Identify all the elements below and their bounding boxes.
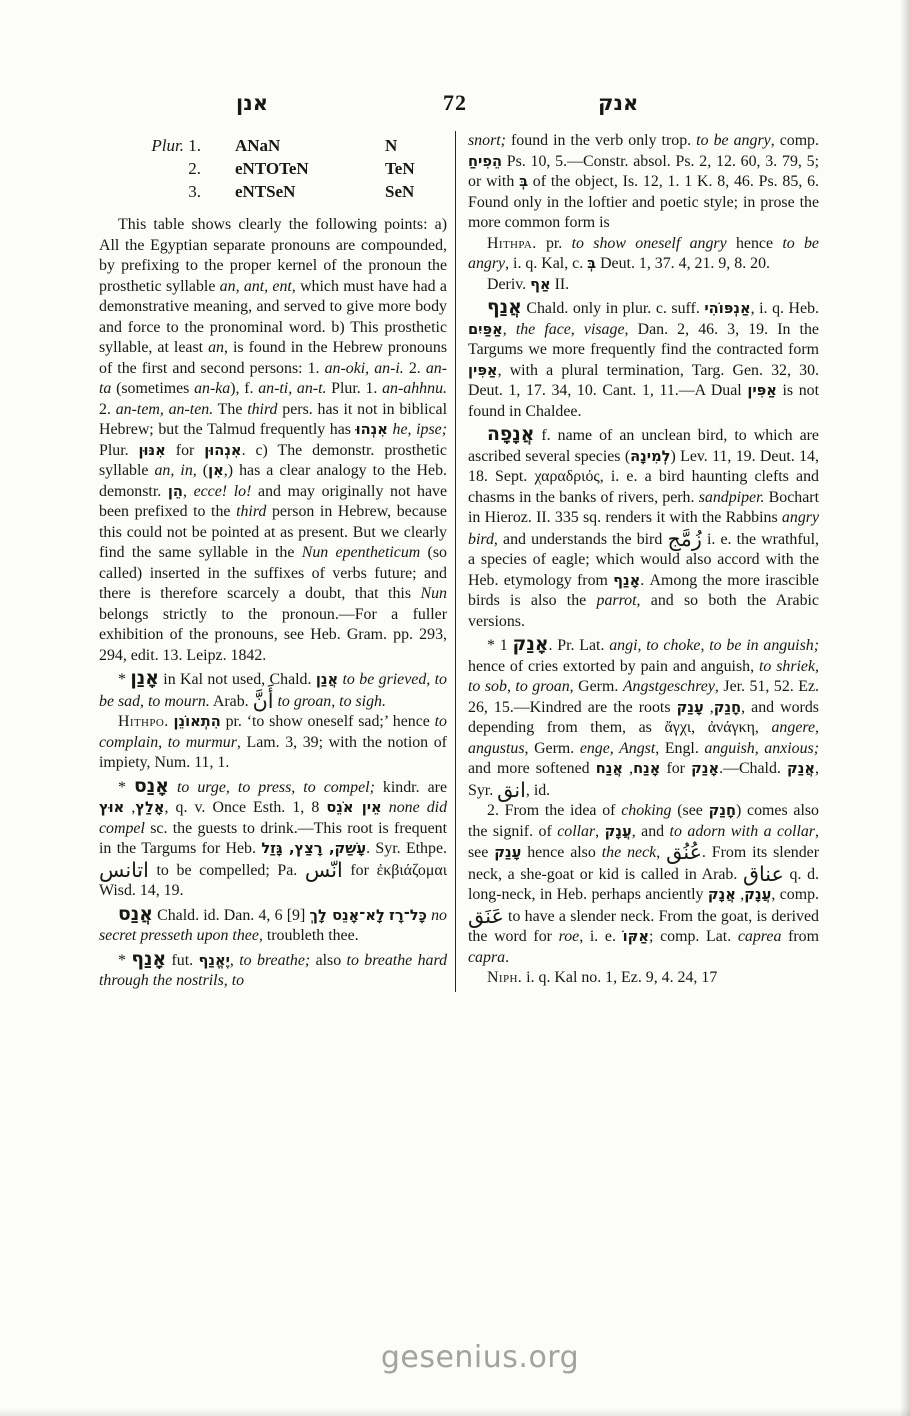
text-run: belongs strictly to the pronoun.—For a f… [99, 606, 447, 664]
left-column: Plur. 1.ANaNN2.eNTOTeNTeN3.eNTSeNSeN Thi… [99, 131, 455, 992]
text-run: 2. [188, 159, 201, 178]
text-run: the neck [602, 844, 656, 861]
text-run: אֲנַף [487, 297, 522, 318]
text-run: בְּ [519, 173, 528, 190]
text-run: * [487, 637, 500, 654]
text-run: אֲנָק [708, 886, 736, 903]
text-run: , [755, 719, 772, 736]
text-run: .—Chald. [719, 760, 787, 777]
text-run: אִנְהוּ [356, 421, 388, 438]
text-run: אָלַץ [135, 799, 164, 816]
text-run: an-ahhnu. [382, 380, 447, 397]
text-run: an-ka [194, 380, 230, 397]
text-run: עָשַׁק, רָצַץ, גָּזַל [261, 840, 366, 857]
text-run: אֲנַק [787, 760, 815, 777]
pronoun-table: Plur. 1.ANaNN2.eNTOTeNTeN3.eNTSeNSeN [99, 134, 447, 203]
text-run: 2. [99, 401, 116, 418]
text-run: and more softened [468, 760, 596, 777]
table-cell: 3. [99, 180, 201, 203]
text-run: The [213, 401, 247, 418]
text-run [169, 779, 177, 796]
text-run: , [595, 823, 604, 840]
right-column-text: snort; found in the verb only trop. to b… [468, 131, 819, 989]
text-run: انق [497, 778, 526, 802]
text-run: , comp. [771, 132, 819, 149]
paragraph: Niph. i. q. Kal no. 1, Ez. 9, 4. 24, 17 [468, 968, 819, 989]
text-run: אָנַק [513, 634, 549, 655]
text-run: an-tem, an-ten. [116, 401, 213, 418]
text-run: an, ant, ent, [220, 278, 296, 295]
text-run: roe [559, 928, 580, 945]
table-cell: Plur. 1. [99, 134, 201, 157]
text-run: ecce! lo! [194, 483, 252, 500]
text-run: in Kal not used, Chald. [159, 671, 316, 688]
text-columns: Plur. 1.ANaNN2.eNTOTeNTeN3.eNTSeNSeN Thi… [99, 131, 819, 992]
table-cell: N [385, 134, 397, 157]
text-run: * [118, 671, 130, 688]
table-cell: SeN [385, 180, 414, 203]
table-cell: 2. [99, 157, 201, 180]
text-run: troubleth thee. [263, 927, 359, 944]
text-run: עָנַק [677, 699, 704, 716]
page-number: 72 [0, 90, 910, 116]
text-run: הֵן [168, 483, 183, 500]
paragraph: This table shows clearly the following p… [99, 215, 447, 666]
text-run: לְמִינָהּ [630, 448, 670, 465]
paragraph: אֲנַס Chald. id. Dan. 4, 6 [9] כָּל־רָז … [99, 905, 447, 947]
text-run: אָנַק [691, 760, 719, 777]
text-run: to breathe; [239, 952, 310, 969]
text-run: caprea [738, 928, 782, 945]
right-column: snort; found in the verb only trop. to b… [455, 131, 819, 992]
text-run: אִן [208, 462, 224, 479]
text-run: , [736, 886, 744, 903]
text-run: חָנַק [714, 699, 741, 716]
text-run: , [623, 760, 633, 777]
paragraph: * אָנַן in Kal not used, Chald. אֲנַן to… [99, 669, 447, 712]
text-run: N [385, 136, 397, 155]
text-run: * [118, 779, 134, 796]
text-run: to groan, to sigh. [278, 693, 386, 710]
paragraph: Hithpo. הִתְאוֹנֵן pr. ‘to show oneself … [99, 712, 447, 774]
text-run: 3. [188, 182, 201, 201]
text-run: 1. [184, 136, 201, 155]
running-head-right: אנק [598, 90, 638, 116]
text-run: (see [672, 802, 709, 819]
text-run: Chald. only in plur. c. suff. [522, 300, 705, 317]
text-run: eNTSeN [235, 182, 295, 201]
text-run: אָנַס [134, 776, 169, 797]
paragraph: 2. From the idea of choking (see חָנַק) … [468, 801, 819, 968]
text-run: also [310, 952, 346, 969]
text-run: i. q. Kal no. 1, Ez. 9, 4. 24, 17 [522, 969, 717, 986]
text-run: he, ipse; [393, 421, 447, 438]
text-run: אָנַף [131, 949, 166, 970]
text-run: angi, to choke, to be in anguish; [609, 637, 819, 654]
text-run: , i. q. Kal, c. [505, 255, 587, 272]
text-run: אָנַף [613, 572, 640, 589]
paragraph: * אָנַק 1. Pr. Lat. angi, to choke, to b… [468, 635, 819, 801]
text-run: eNTOTeN [235, 159, 309, 178]
text-run: SeN [385, 182, 414, 201]
text-run: ; comp. Lat. [649, 928, 738, 945]
text-run: عَنَق [468, 904, 504, 928]
text-run: Nun [421, 585, 448, 602]
text-run: to be angry [696, 132, 771, 149]
table-cell: ANaN [235, 134, 385, 157]
text-run: χαραδριός [534, 468, 599, 485]
text-run: אַפִּין [747, 382, 777, 399]
paragraph: Deriv. אַף II. [468, 275, 819, 296]
text-run: Plur. [99, 442, 139, 459]
text-run: חָנַק [709, 802, 736, 819]
text-run: to show oneself angry [572, 235, 727, 252]
text-run: أَنَّ [253, 689, 274, 713]
text-run: hence [727, 235, 783, 252]
text-run: زُمَّج [667, 527, 701, 551]
text-run: אוּץ [99, 799, 124, 816]
text-run: יֶאֱנַף [198, 952, 229, 969]
text-run: pr. ‘to show oneself sad;’ hence [221, 713, 435, 730]
table-row: Plur. 1.ANaNN [99, 134, 447, 157]
text-run: 2. [404, 360, 426, 377]
text-run: Niph. [487, 969, 522, 986]
text-run: עֲנָק [744, 886, 771, 903]
text-run: Nun epentheticum [302, 544, 421, 561]
text-run: snort; [468, 132, 506, 149]
text-run: hence also [521, 844, 601, 861]
text-run: אִנְהוּן [204, 442, 241, 459]
paragraph: אֲנַף Chald. only in plur. c. suff. אַנְ… [468, 298, 819, 422]
text-run: an, in, [154, 462, 196, 479]
text-run: , [503, 321, 516, 338]
scanned-lexicon-page: אנן 72 אנק Plur. 1.ANaNN2.eNTOTeNTeN3.eN… [0, 0, 910, 1416]
text-run: Plur. 1. [326, 380, 382, 397]
text-run: ANaN [235, 136, 280, 155]
text-run: אֵין אֹנֵס [326, 799, 381, 816]
text-run: for [166, 442, 204, 459]
text-run: , i. q. Heb. [751, 300, 819, 317]
text-run: اتانس [99, 858, 149, 882]
table-cell: TeN [385, 157, 415, 180]
text-run: kindr. are [375, 779, 447, 796]
paragraph: * אָנַס to urge, to press, to compel; ki… [99, 777, 447, 902]
text-run: choking [621, 802, 671, 819]
text-run: enge, Angst [580, 740, 655, 757]
text-run: עָנַק [494, 844, 521, 861]
text-run: , [124, 799, 135, 816]
text-run: II. [551, 276, 570, 293]
page-edge-shadow [900, 0, 910, 1416]
text-run: . [505, 949, 509, 966]
text-run: הִתְאוֹנֵן [173, 713, 220, 730]
text-run: , [183, 483, 194, 500]
text-run: third [247, 401, 277, 418]
text-run: אָנַח [633, 760, 660, 777]
table-cell: eNTSeN [235, 180, 385, 203]
text-run: , and [632, 823, 670, 840]
text-run: , i. e. [579, 928, 622, 945]
text-run: an [208, 339, 224, 356]
text-run: Plur. [151, 136, 184, 155]
text-run: , Germ. [525, 740, 580, 757]
paragraph: אֲנָפָה f. name of an unclean bird, to w… [468, 425, 819, 632]
text-run: , [230, 952, 239, 969]
text-run: Hithpo. [118, 713, 169, 730]
text-run: Chald. id. Dan. 4, 6 [9] [153, 907, 310, 924]
text-run: to be compelled; Pa. [149, 862, 305, 879]
text-run: (sometimes [111, 380, 194, 397]
text-run: כָּל־רָז [389, 907, 427, 924]
text-run: capra [468, 949, 505, 966]
text-run: fut. [166, 952, 198, 969]
text-run: انّس [305, 858, 343, 882]
text-run: third [236, 503, 266, 520]
paragraph: * אָנַף fut. יֶאֱנַף, to breathe; also t… [99, 950, 447, 992]
text-run: אַפִּין [468, 362, 498, 379]
text-run: TeN [385, 159, 415, 178]
text-run: عُنُق [666, 840, 702, 864]
text-run: anguish, anxious; [704, 740, 819, 757]
text-run: Wisd. 14, 19. [99, 882, 184, 899]
text-run: אֲנַן [316, 671, 338, 688]
text-run: אֲנָפָה [487, 424, 534, 445]
text-run: to adorn with a collar [670, 823, 815, 840]
paragraph: snort; found in the verb only trop. to b… [468, 131, 819, 234]
text-run: , [656, 844, 666, 861]
text-run: ἐκβιάζομαι [377, 862, 447, 879]
text-run: ), f. [230, 380, 258, 397]
text-run: ἄγχι, ἀνάγκη [664, 719, 754, 736]
page-bottom-shadow [0, 1408, 910, 1416]
text-run: pr. [537, 235, 572, 252]
text-run: . Syr. Ethpe. [366, 840, 447, 857]
text-run: לָא־אָנֵס לָךְ [310, 907, 385, 924]
text-run: , Engl. [655, 740, 704, 757]
text-run: אַף [530, 276, 551, 293]
text-run: Angstgeschrey [623, 678, 715, 695]
text-run: found in the verb only trop. [506, 132, 696, 149]
text-run: عناق [743, 862, 784, 886]
text-run: עֲנָק [605, 823, 632, 840]
text-run: , q. v. Once Esth. 1, 8 [165, 799, 327, 816]
text-run: an-ti, an-t. [258, 380, 326, 397]
text-run: בְּ [587, 255, 596, 272]
text-run: ( [197, 462, 208, 479]
text-run: an-oki, an-i. [325, 360, 404, 377]
text-run: אֲנַח [596, 760, 623, 777]
text-run: אִנּוּן [139, 442, 166, 459]
paragraph: Hithpa. pr. to show oneself angry hence … [468, 234, 819, 275]
text-run: , comp. [771, 886, 819, 903]
table-row: 2.eNTOTeNTeN [99, 157, 447, 180]
text-run: הֵפִיחַ [468, 153, 502, 170]
left-column-text: This table shows clearly the following p… [99, 215, 447, 992]
text-run: from [781, 928, 819, 945]
text-run: , id. [526, 782, 550, 799]
text-run: אֲנַס [118, 904, 153, 925]
text-run: sandpiper. [699, 489, 765, 506]
watermark: gesenius.org [381, 1340, 579, 1375]
text-run: Hithpa. [487, 235, 537, 252]
text-run: to urge, to press, to compel; [177, 779, 375, 796]
text-run: Arab. [210, 693, 253, 710]
text-run: the face, visage [516, 321, 625, 338]
text-run: , [704, 699, 714, 716]
text-run: Deriv. [487, 276, 530, 293]
text-run: אַקּוֹ [623, 928, 649, 945]
text-run: 2. From the idea of [487, 802, 621, 819]
text-run: Deut. 1, 37. 4, 21. 9, 8. 20. [596, 255, 770, 272]
text-run: , and understands the bird [494, 531, 668, 548]
text-run: hence of cries extorted by pain and angu… [468, 658, 759, 675]
text-run: אַפַּיִם [468, 321, 503, 338]
text-run: parrot [597, 592, 637, 609]
text-run: , Germ. [570, 678, 623, 695]
table-cell: eNTOTeN [235, 157, 385, 180]
text-run: אַנְפּוֹהִי [704, 300, 750, 317]
text-run: אָנַן [130, 668, 159, 689]
text-run: for [343, 862, 377, 879]
running-header: אנן 72 אנק [0, 90, 910, 124]
text-run [382, 799, 389, 816]
text-run: collar [557, 823, 595, 840]
table-row: 3.eNTSeNSeN [99, 180, 447, 203]
text-run: * [118, 952, 131, 969]
text-run: for [660, 760, 691, 777]
